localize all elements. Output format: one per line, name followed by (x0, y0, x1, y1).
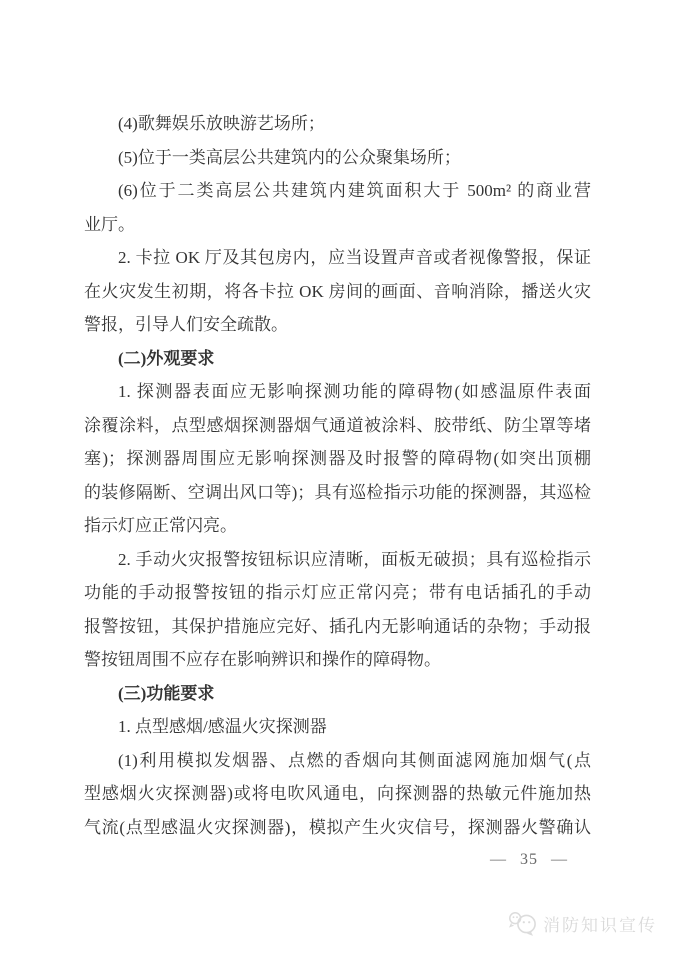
document-line: (5)位于一类高层公共建筑内的公众聚集场所； (84, 141, 591, 175)
document-line: 警按钮周围不应存在影响辨识和操作的障碍物。 (84, 643, 591, 677)
document-line: (1)利用模拟发烟器、点燃的香烟向其侧面滤网施加烟气(点 (84, 744, 591, 778)
page-number: — 35 — (490, 851, 568, 869)
watermark: 消防知识宣传 (508, 910, 657, 937)
section-heading: (三)功能要求 (84, 677, 591, 711)
document-line: 业厅。 (84, 208, 591, 242)
document-line: (6)位于二类高层公共建筑内建筑面积大于 500m² 的商业营 (84, 174, 591, 208)
document-line: 2. 手动火灾报警按钮标识应清晰，面板无破损；具有巡检指示 (84, 543, 591, 577)
document-line: 1. 探测器表面应无影响探测功能的障碍物(如感温原件表面 (84, 375, 591, 409)
page-number-value: 35 (520, 851, 538, 869)
document-line: 的装修隔断、空调出风口等)；具有巡检指示功能的探测器，其巡检 (84, 476, 591, 510)
document-line: 1. 点型感烟/感温火灾探测器 (84, 710, 591, 744)
document-body: (4)歌舞娱乐放映游艺场所； (5)位于一类高层公共建筑内的公众聚集场所； (6… (84, 107, 591, 844)
document-line: 功能的手动报警按钮的指示灯应正常闪亮；带有电话插孔的手动 (84, 576, 591, 610)
page-number-left-dash: — (490, 851, 507, 869)
section-heading: (二)外观要求 (84, 342, 591, 376)
document-line: 指示灯应正常闪亮。 (84, 509, 591, 543)
document-line: 塞)；探测器周围应无影响探测器及时报警的障碍物(如突出顶棚 (84, 442, 591, 476)
document-line: 报警按钮，其保护措施应完好、插孔内无影响通话的杂物；手动报 (84, 610, 591, 644)
page-number-right-dash: — (551, 851, 568, 869)
document-line: 警报，引导人们安全疏散。 (84, 308, 591, 342)
document-line: 2. 卡拉 OK 厅及其包房内，应当设置声音或者视像警报，保证 (84, 241, 591, 275)
watermark-label: 消防知识宣传 (543, 911, 657, 936)
two-chat-faces-icon (508, 910, 538, 937)
document-line: 涂覆涂料，点型感烟探测器烟气通道被涂料、胶带纸、防尘罩等堵 (84, 409, 591, 443)
document-line: 型感烟火灾探测器)或将电吹风通电，向探测器的热敏元件施加热 (84, 777, 591, 811)
document-line: 气流(点型感温火灾探测器)，模拟产生火灾信号，探测器火警确认 (84, 811, 591, 845)
document-line: 在火灾发生初期，将各卡拉 OK 房间的画面、音响消除，播送火灾 (84, 275, 591, 309)
document-page: (4)歌舞娱乐放映游艺场所； (5)位于一类高层公共建筑内的公众聚集场所； (6… (0, 0, 677, 957)
document-line: (4)歌舞娱乐放映游艺场所； (84, 107, 591, 141)
